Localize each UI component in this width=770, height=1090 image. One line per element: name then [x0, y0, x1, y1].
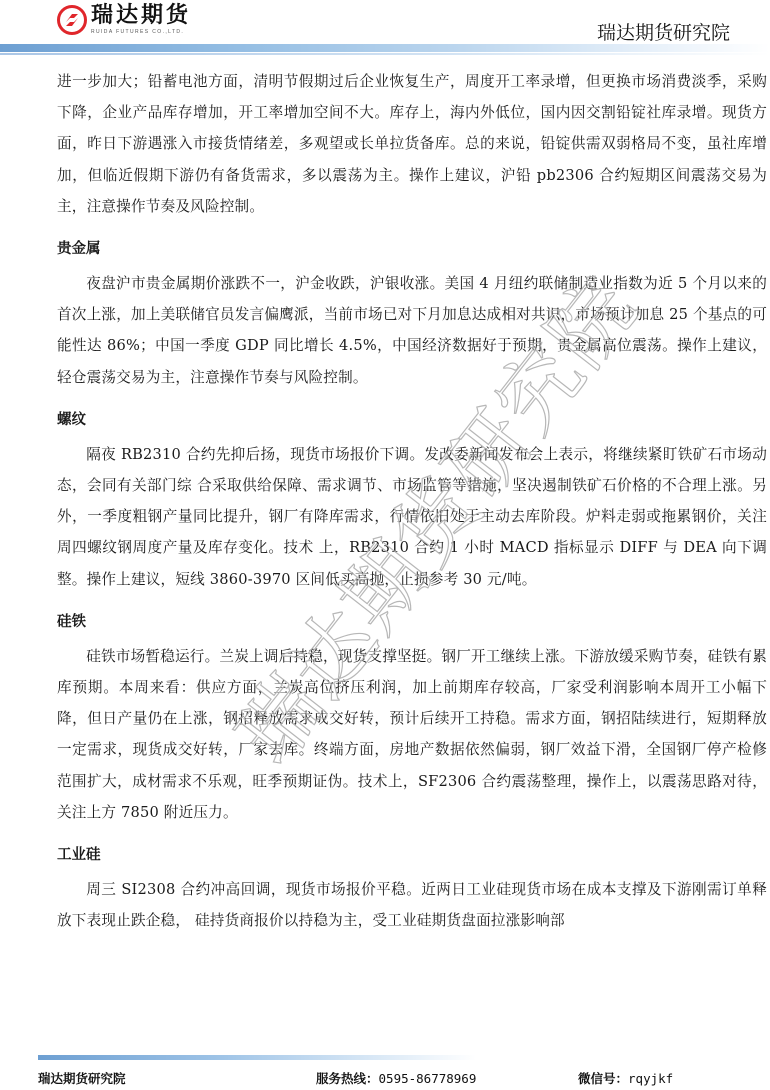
hotline-label: 服务热线：: [316, 1071, 379, 1086]
wechat-label: 微信号：: [578, 1071, 628, 1086]
page-footer: 瑞达期货研究院 服务热线：0595-86778969 微信号：rqyjkf: [0, 1040, 770, 1090]
page-header: 瑞达期货 RUIDA FUTURES CO.,LTD. 瑞达期货研究院: [0, 0, 770, 60]
footer-wechat: 微信号：rqyjkf: [578, 1069, 673, 1087]
report-body: 进一步加大；铅蓄电池方面，清明节假期过后企业恢复生产，周度开工率录增，但更换市场…: [57, 66, 767, 936]
header-title: 瑞达期货研究院: [597, 18, 730, 45]
lead-section-paragraph: 进一步加大；铅蓄电池方面，清明节假期过后企业恢复生产，周度开工率录增，但更换市场…: [57, 66, 767, 222]
precious-metals-paragraph: 夜盘沪市贵金属期价涨跌不一，沪金收跌，沪银收涨。美国 4 月纽约联储制造业指数为…: [57, 268, 767, 393]
footer-hotline: 服务热线：0595-86778969: [316, 1069, 476, 1087]
ruida-logo-icon: [57, 5, 87, 35]
logo-chinese-name: 瑞达期货: [91, 4, 191, 28]
footer-gradient-bar: [38, 1055, 476, 1060]
section-title-ferrosilicon: 硅铁: [57, 612, 767, 632]
section-title-precious-metals: 贵金属: [57, 239, 767, 259]
header-divider: [0, 53, 770, 55]
ferrosilicon-paragraph: 硅铁市场暂稳运行。兰炭上调后持稳，现货支撑坚挺。钢厂开工继续上涨。下游放缓采购节…: [57, 641, 767, 828]
industrial-silicon-paragraph: 周三 SI2308 合约冲高回调，现货市场报价平稳。近两日工业硅现货市场在成本支…: [57, 874, 767, 936]
header-gradient-bar: [0, 44, 770, 52]
section-title-rebar: 螺纹: [57, 410, 767, 430]
footer-org: 瑞达期货研究院: [38, 1069, 126, 1087]
company-logo: 瑞达期货 RUIDA FUTURES CO.,LTD.: [57, 4, 191, 38]
hotline-number: 0595-86778969: [379, 1071, 477, 1086]
section-title-industrial-silicon: 工业硅: [57, 845, 767, 865]
wechat-id: rqyjkf: [628, 1071, 673, 1086]
logo-english-name: RUIDA FUTURES CO.,LTD.: [91, 29, 191, 36]
rebar-paragraph: 隔夜 RB2310 合约先抑后扬，现货市场报价下调。发改委新闻发布会上表示，将继…: [57, 439, 767, 595]
